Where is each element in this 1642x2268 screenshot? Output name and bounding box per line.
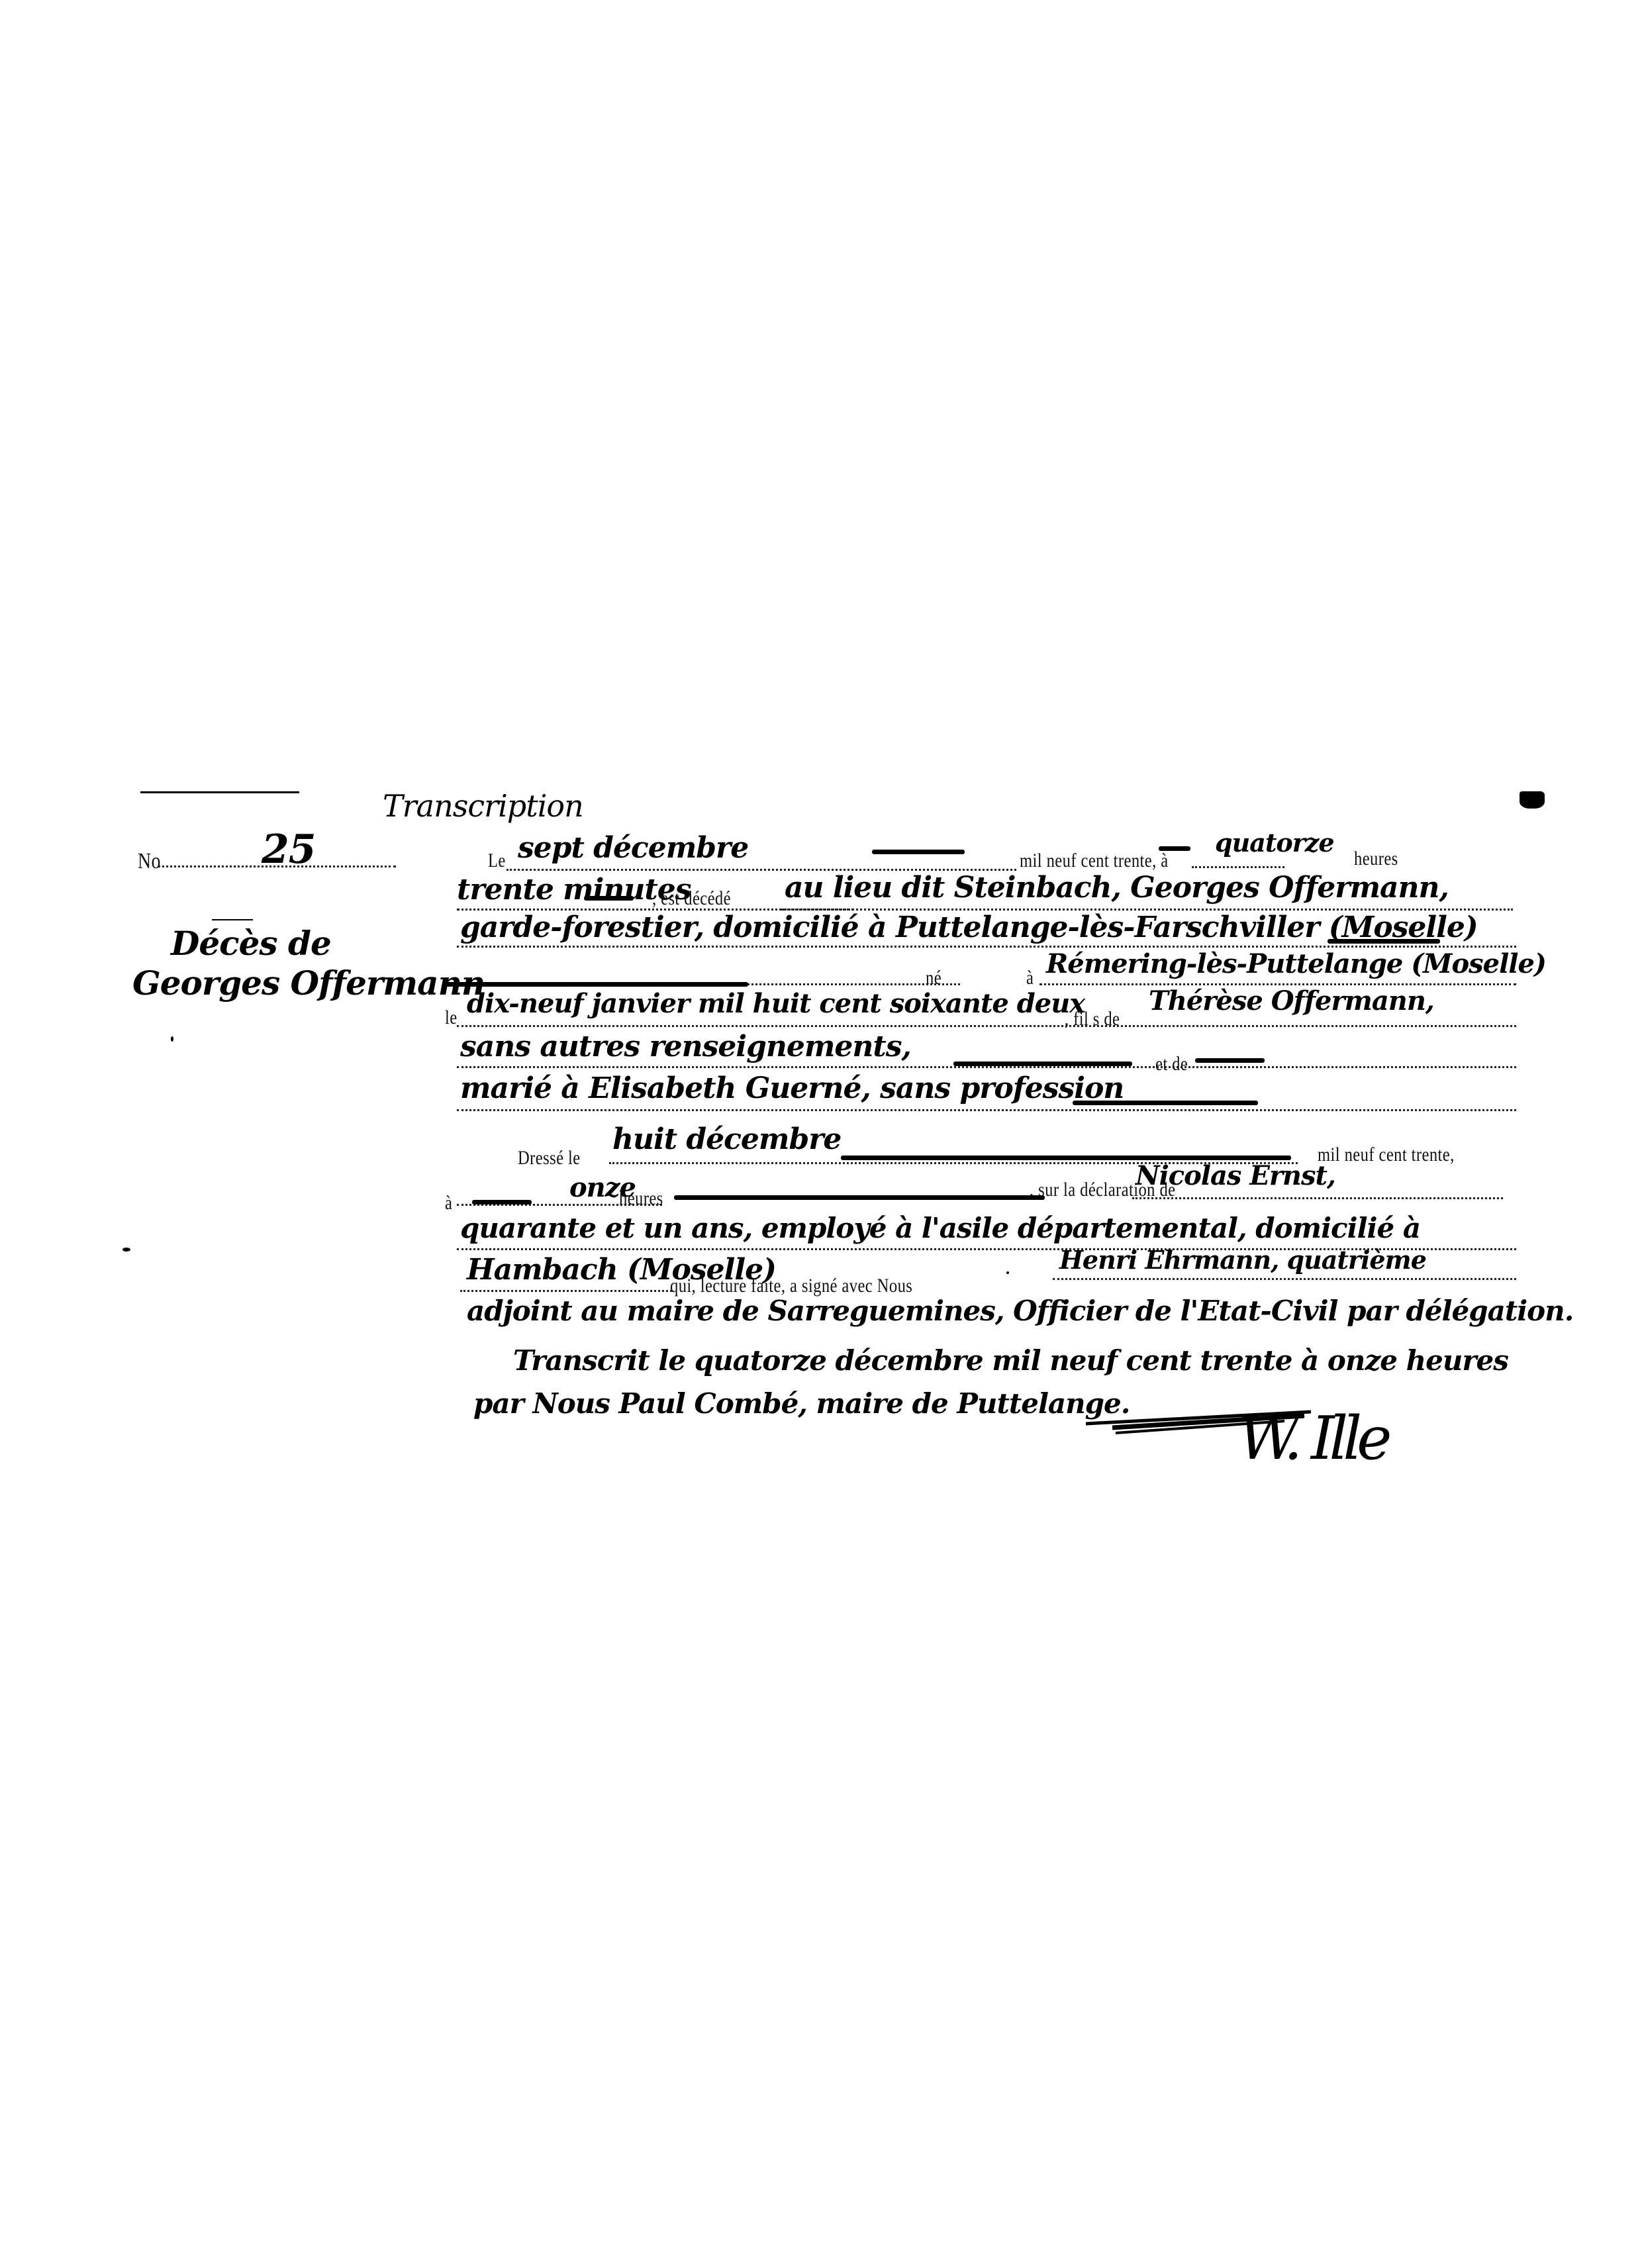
line3-fill-bar — [1328, 939, 1440, 944]
drawn-up-date: huit décembre — [612, 1122, 841, 1156]
death-place-and-name: au lieu dit Steinbach, Georges Offermann… — [785, 871, 1449, 905]
signature: W. Ille — [1238, 1404, 1386, 1473]
line9-prefix: à — [445, 1192, 452, 1214]
line1-printed-year: mil neuf cent trente, à — [1020, 850, 1169, 872]
number-label: No — [138, 849, 161, 874]
line7-fill-bar — [1073, 1101, 1258, 1105]
line1-hours-label: heures — [1354, 848, 1398, 870]
born-at-label: à — [1026, 967, 1034, 989]
transcription-note-line1: Transcrit le quatorze décembre mil neuf … — [513, 1344, 1508, 1377]
line6-fill-bar-2 — [1195, 1058, 1265, 1063]
line2-printed: , est décédé — [652, 887, 731, 910]
line5-printed-son: , fil s de — [1065, 1008, 1120, 1030]
drawn-up-label: Dressé le — [518, 1147, 581, 1169]
officer-title: adjoint au maire de Sarreguemines, Offic… — [467, 1295, 1573, 1327]
scan-speck — [122, 1248, 130, 1252]
document-heading: Transcription — [383, 788, 583, 824]
line4-fill-bar — [444, 982, 748, 987]
ink-blot — [1520, 791, 1545, 809]
death-hour: quatorze — [1215, 828, 1334, 858]
line8-printed-year: mil neuf cent trente, — [1318, 1144, 1455, 1166]
and-of-label: et de — [1155, 1053, 1188, 1075]
margin-rule — [212, 919, 253, 920]
line9-hours-label: heures — [619, 1187, 663, 1210]
transcription-note-line2: par Nous Paul Combé, maire de Puttelange… — [473, 1387, 1130, 1420]
death-date: sept décembre — [518, 831, 748, 865]
reading-done-label: qui, lecture faite, a signé avec Nous — [670, 1275, 912, 1297]
line5-dots — [457, 1025, 1516, 1027]
line2-fill-bar — [584, 896, 634, 901]
declarant-details: quarante et un ans, employé à l'asile dé… — [460, 1212, 1420, 1244]
line3-dots — [457, 946, 1516, 948]
margin-title-line1: Décès de — [171, 924, 331, 963]
declarant-name: Nicolas Ernst, — [1135, 1160, 1335, 1191]
line6-fill-bar — [953, 1061, 1132, 1066]
scan-speck — [171, 1036, 173, 1042]
line11-dots-b — [1053, 1278, 1516, 1280]
birthplace: Rémering-lès-Puttelange (Moselle) — [1046, 948, 1546, 979]
officer-name: Henri Ehrmann, quatrième — [1059, 1245, 1426, 1275]
line1-prefix: Le — [488, 850, 506, 872]
spouse-info: marié à Elisabeth Guerné, sans professio… — [460, 1071, 1124, 1105]
scan-speck — [1006, 1271, 1009, 1274]
line1-hour-bar — [1159, 846, 1190, 851]
parent-name: Thérèse Offermann, — [1149, 985, 1434, 1016]
margin-title-line2: Georges Offermann — [132, 963, 485, 1003]
parent-notes: sans autres renseignements, — [460, 1030, 911, 1063]
line8-fill-bar — [841, 1156, 1291, 1160]
line1-fill-bar — [872, 850, 965, 854]
line7-dots — [457, 1109, 1516, 1111]
line9-dots-b — [1132, 1197, 1503, 1199]
line5-prefix: le — [445, 1007, 458, 1029]
line6-dots — [457, 1066, 1516, 1068]
born-label: né — [926, 967, 942, 989]
record-number: 25 — [262, 826, 316, 873]
line1-dots-b — [1192, 866, 1284, 868]
birth-date: dix-neuf janvier mil huit cent soixante … — [467, 988, 1085, 1019]
line9-fill-bar-a — [472, 1200, 532, 1205]
line9-fill-bar-b — [674, 1195, 1045, 1200]
line11-dots-a — [460, 1290, 672, 1292]
top-left-rule — [140, 791, 299, 793]
occupation-residence: garde-forestier, domicilié à Puttelange-… — [460, 911, 1478, 944]
